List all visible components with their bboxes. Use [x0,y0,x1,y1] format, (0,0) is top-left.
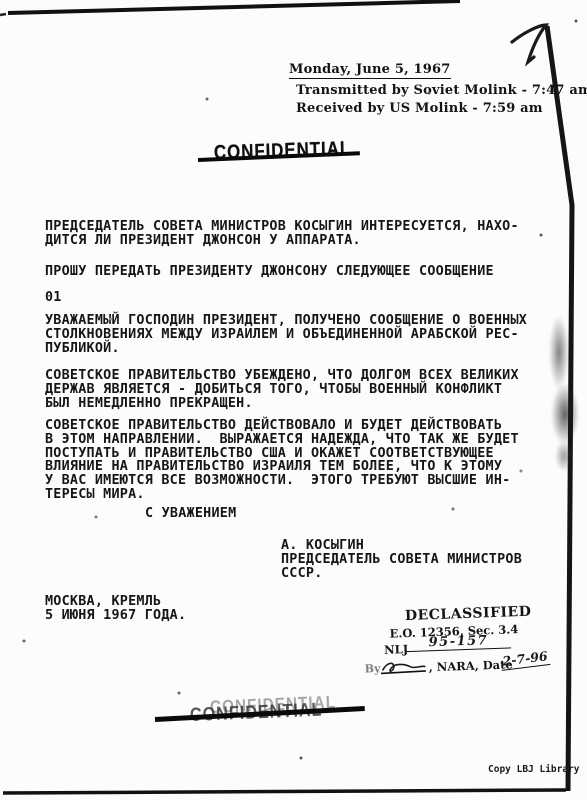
declassified-case-label: NLJ [384,642,409,657]
declassified-case-number: 95-157 [406,632,511,652]
body-paragraph-5: СОВЕТСКОЕ ПРАВИТЕЛЬСТВО УБЕЖДЕНО, ЧТО ДО… [45,369,519,410]
scan-blotch [551,383,579,445]
body-paragraph-4: УВАЖАЕМЫЙ ГОСПОДИН ПРЕЗИДЕНТ, ПОЛУЧЕНО С… [45,314,527,355]
body-paragraph-2: ПРОШУ ПЕРЕДАТЬ ПРЕЗИДЕНТУ ДЖОНСОНУ СЛЕДУ… [45,265,494,279]
body-paragraph-3: 01 [45,291,62,305]
signature-block: А. КОСЫГИН ПРЕДСЕДАТЕЛЬ СОВЕТА МИНИСТРОВ… [281,539,522,580]
scan-noise-dots [0,0,2,2]
declassified-signature-scribble [380,657,427,676]
declassified-title: DECLASSIFIED [405,604,532,624]
page-number-handwritten [512,25,546,62]
confidential-stamp-top: CONFIDENTIAL [214,138,352,165]
scan-blotch [555,440,573,472]
body-paragraph-6: СОВЕТСКОЕ ПРАВИТЕЛЬСТВО ДЕЙСТВОВАЛО И БУ… [45,419,519,502]
closing-salutation: С УВАЖЕНИЕМ [145,507,236,521]
declassified-date-value: 2-7-96 [500,648,551,671]
header-date: Monday, June 5, 1967 [289,62,451,79]
header-transmitted-line: Transmitted by Soviet Molink - 7:47 am [296,83,587,98]
declassified-stamp: DECLASSIFIED E.O. 12356, Sec. 3.4 NLJ 95… [357,600,575,687]
body-paragraph-1: ПРЕДСЕДАТЕЛЬ СОВЕТА МИНИСТРОВ КОСЫГИН ИН… [45,220,519,248]
copy-note: Copy LBJ Library [488,764,580,775]
place-date-block: МОСКВА, КРЕМЛЬ 5 ИЮНЯ 1967 ГОДА. [45,595,186,623]
scanned-document-page: Monday, June 5, 1967 Transmitted by Sovi… [0,0,587,800]
scan-blotch [549,315,569,390]
header-received-line: Received by US Molink - 7:59 am [296,101,543,116]
declassified-by-label: By [365,662,381,676]
